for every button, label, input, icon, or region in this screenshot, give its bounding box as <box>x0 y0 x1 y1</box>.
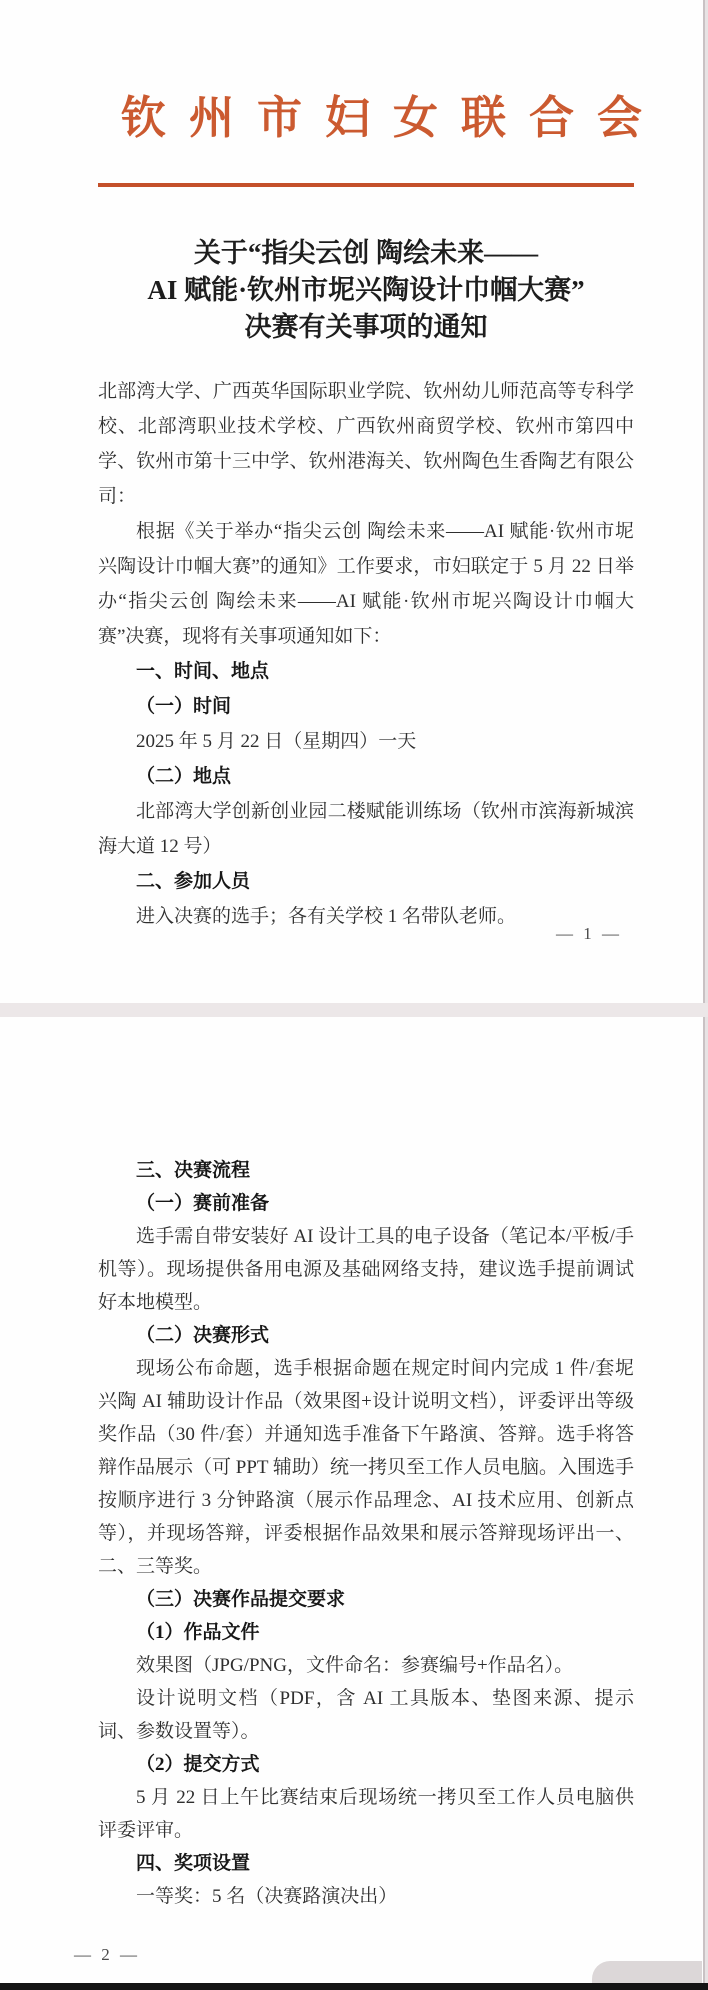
intro-paragraph: 根据《关于举办“指尖云创 陶绘未来——AI 赋能·钦州市坭兴陶设计巾帼大赛”的通… <box>98 514 634 654</box>
page-2-corner-shadow <box>592 1961 702 1983</box>
section-1-sub-2-heading: （二）地点 <box>98 759 634 794</box>
location-paragraph: 北部湾大学创新创业园二楼赋能训练场（钦州市滨海新城滨海大道 12 号） <box>98 794 634 864</box>
submission-paragraph: 5 月 22 日上午比赛结束后现场统一拷贝至工作人员电脑供评委评审。 <box>98 1781 634 1847</box>
format-paragraph: 现场公布命题，选手根据命题在规定时间内完成 1 件/套坭兴陶 AI 辅助设计作品… <box>98 1352 634 1583</box>
viewer-bottom-strip <box>0 1983 708 1990</box>
section-1-heading: 一、时间、地点 <box>98 654 634 689</box>
item-1-heading: （1）作品文件 <box>98 1616 634 1649</box>
award-paragraph: 一等奖：5 名（决赛路演决出） <box>98 1880 634 1913</box>
section-3-sub-3-heading: （三）决赛作品提交要求 <box>98 1583 634 1616</box>
page-2-number: — 2 — <box>74 1945 140 1965</box>
section-2-heading: 二、参加人员 <box>98 864 634 899</box>
item-2-heading: （2）提交方式 <box>98 1748 634 1781</box>
section-3-heading: 三、决赛流程 <box>98 1154 634 1187</box>
page-2-content: 三、决赛流程 （一）赛前准备 选手需自带安装好 AI 设计工具的电子设备（笔记本… <box>0 1017 708 1913</box>
document-title-line-1: 关于“指尖云创 陶绘未来—— <box>98 235 634 272</box>
section-3-sub-1-heading: （一）赛前准备 <box>98 1187 634 1220</box>
section-3-sub-2-heading: （二）决赛形式 <box>98 1319 634 1352</box>
page-1-content: 钦州市妇女联合会 关于“指尖云创 陶绘未来—— AI 赋能·钦州市坭兴陶设计巾帼… <box>0 90 708 934</box>
recipients-paragraph: 北部湾大学、广西英华国际职业学院、钦州幼儿师范高等专科学校、北部湾职业技术学校、… <box>98 374 634 514</box>
page-2-edge-line <box>703 1017 705 1983</box>
page-gap <box>0 1003 708 1017</box>
section-4-heading: 四、奖项设置 <box>98 1847 634 1880</box>
document-title-line-3: 决赛有关事项的通知 <box>98 309 634 346</box>
work-file-paragraph-2: 设计说明文档（PDF，含 AI 工具版本、垫图来源、提示词、参数设置等）。 <box>98 1682 634 1748</box>
document-title: 关于“指尖云创 陶绘未来—— AI 赋能·钦州市坭兴陶设计巾帼大赛” 决赛有关事… <box>98 235 634 346</box>
page-1-number: — 1 — <box>556 924 622 944</box>
page-1-edge-line <box>703 0 705 1003</box>
letterhead-org-title: 钦州市妇女联合会 <box>98 90 634 146</box>
letterhead-rule <box>98 183 634 187</box>
preparation-paragraph: 选手需自带安装好 AI 设计工具的电子设备（笔记本/平板/手机等）。现场提供备用… <box>98 1220 634 1319</box>
page-2-body: 三、决赛流程 （一）赛前准备 选手需自带安装好 AI 设计工具的电子设备（笔记本… <box>98 1017 634 1913</box>
page-2: 三、决赛流程 （一）赛前准备 选手需自带安装好 AI 设计工具的电子设备（笔记本… <box>0 1017 708 1983</box>
document-title-line-2: AI 赋能·钦州市坭兴陶设计巾帼大赛” <box>98 272 634 309</box>
work-file-paragraph-1: 效果图（JPG/PNG，文件命名：参赛编号+作品名）。 <box>98 1649 634 1682</box>
document-viewer: 钦州市妇女联合会 关于“指尖云创 陶绘未来—— AI 赋能·钦州市坭兴陶设计巾帼… <box>0 0 708 1990</box>
page-1-body: 北部湾大学、广西英华国际职业学院、钦州幼儿师范高等专科学校、北部湾职业技术学校、… <box>98 374 634 934</box>
section-1-sub-1-heading: （一）时间 <box>98 689 634 724</box>
page-1: 钦州市妇女联合会 关于“指尖云创 陶绘未来—— AI 赋能·钦州市坭兴陶设计巾帼… <box>0 0 708 1003</box>
participants-paragraph: 进入决赛的选手；各有关学校 1 名带队老师。 <box>98 899 634 934</box>
time-paragraph: 2025 年 5 月 22 日（星期四）一天 <box>98 724 634 759</box>
